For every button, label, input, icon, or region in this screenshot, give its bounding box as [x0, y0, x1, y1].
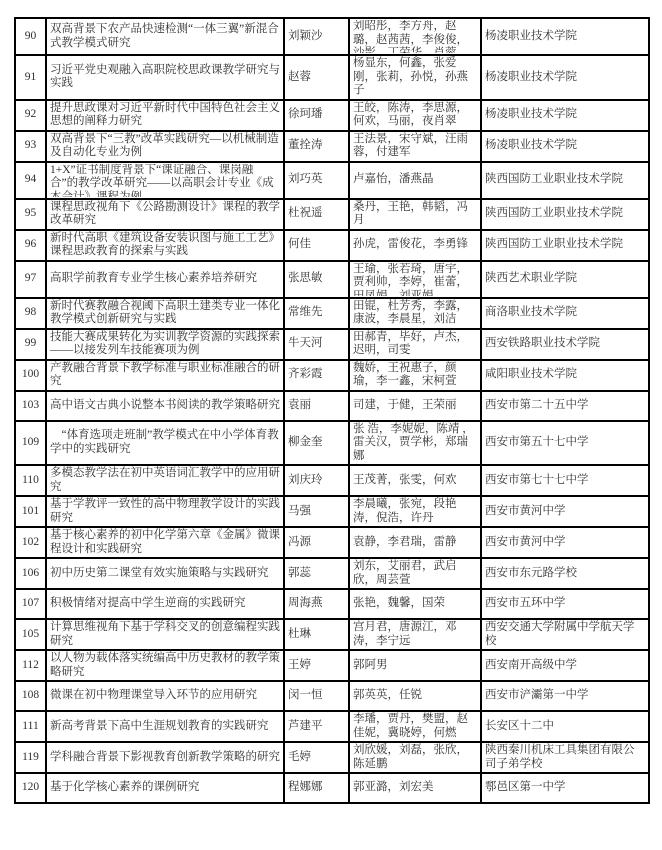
project-members-text: 宫月君，唐源江，邓涛，李宁远	[353, 621, 477, 648]
project-title-text: 基于学教评一致性的高中物理教学设计的实践研究	[50, 498, 280, 525]
cell-project-leader: 程娜娜	[284, 773, 349, 803]
cell-project-leader: 常维先	[284, 298, 349, 329]
cell-institution: 西安市第七十七中学	[481, 465, 649, 496]
project-members-text: 刘欣媛，刘磊，张欣，陈延鹏	[353, 744, 477, 771]
cell-project-title: 微课在初中物理课堂导入环节的应用研究	[46, 681, 284, 711]
table-row: 98 新时代赛教融合视阈下高职土建类专业一体化教学模式创新研究与实践 常维先 田…	[15, 298, 649, 329]
table-row: 94 1+X”证书制度背景下“课证融合、课岗融合”的教学改革研究——以高职会计专…	[15, 162, 649, 199]
project-title-text: 双高背景下“三教”改革实践研究—以机械制造及自动化专业为例	[50, 133, 280, 160]
cell-project-members: 刘东，艾丽君，武启欣，周芸萱	[349, 558, 481, 589]
cell-project-members: 田郝青，毕好，卢杰，迟明，司雯	[349, 329, 481, 360]
cell-project-leader: 芦建平	[284, 711, 349, 742]
cell-institution: 陕西国防工业职业技术学院	[481, 162, 649, 199]
cell-project-leader: 徐珂璠	[284, 100, 349, 131]
cell-project-number: 110	[15, 465, 46, 496]
project-members-text: 李晨曦，张宛，段艳涛，倪浩，许丹	[353, 498, 477, 525]
project-members-text: 刘东，艾丽君，武启欣，周芸萱	[353, 560, 477, 587]
cell-institution: 西安市东元路学校	[481, 558, 649, 589]
table-row: 110 多模态教学法在初中英语词汇教学中的应用研究 刘庆玲 王茂菁，张雯，何欢 …	[15, 465, 649, 496]
cell-project-number: 101	[15, 496, 46, 527]
cell-project-leader: 张思敏	[284, 261, 349, 298]
cell-project-title: 提升思政课对习近平新时代中国特色社会主义思想的阐释力研究	[46, 100, 284, 131]
cell-project-members: 李璠，贾丹，樊盟，赵佳妮，冀晓婷，何燃	[349, 711, 481, 742]
cell-project-members: 刘昭彤，李方舟，赵璐，赵茜茜，李俊俊，沙影，丁荣华，肖蓉	[349, 18, 481, 55]
cell-project-title: 学科融合背景下影视教育创新教学策略的研究	[46, 742, 284, 773]
cell-project-leader: 杜琳	[284, 619, 349, 650]
cell-project-title: 技能大赛成果转化为实训教学资源的实践探索——以接发列车技能赛项为例	[46, 329, 284, 360]
cell-institution: 杨凌职业技术学院	[481, 100, 649, 131]
cell-project-number: 99	[15, 329, 46, 360]
document-page: 90 双高背景下农产品快速检测“一体三翼”新混合式教学模式研究 刘颖沙 刘昭彤，…	[14, 17, 648, 804]
cell-project-leader: 董拴涛	[284, 131, 349, 162]
project-title-text: “体育选项走班制”教学模式在中小学体育教学中的实践研究	[50, 429, 280, 456]
project-title-text: 习近平党史观融入高职院校思政课教学研究与实践	[50, 64, 280, 91]
table-row: 120 基于化学核心素养的课例研究 程娜娜 郭亚潞，刘宏美 鄠邑区第一中学	[15, 773, 649, 803]
cell-project-number: 95	[15, 199, 46, 230]
cell-institution: 西安市黄河中学	[481, 527, 649, 558]
cell-project-title: 课程思政视角下《公路勘测设计》课程的教学改革研究	[46, 199, 284, 230]
project-title-text: 1+X”证书制度背景下“课证融合、课岗融合”的教学改革研究——以高职会计专业《成…	[50, 164, 280, 197]
cell-project-leader: 齐彩霞	[284, 360, 349, 391]
table-row: 112 以人物为载体落实统编高中历史教材的教学策略研究 王婷 郭阿男 西安南开高…	[15, 650, 649, 681]
cell-institution: 杨凌职业技术学院	[481, 131, 649, 162]
cell-project-members: 郭英英，任锐	[349, 681, 481, 711]
project-title-text: 新时代赛教融合视阈下高职土建类专业一体化教学模式创新研究与实践	[50, 300, 280, 327]
cell-institution: 西安市浐灞第一中学	[481, 681, 649, 711]
cell-project-leader: 柳金奎	[284, 421, 349, 466]
project-title-text: 初中历史第二课堂有效实施策略与实践研究	[50, 567, 280, 581]
cell-project-number: 112	[15, 650, 46, 681]
cell-project-number: 92	[15, 100, 46, 131]
project-members-text: 司建，于健，王荣丽	[353, 399, 477, 413]
cell-institution: 西安市第二十五中学	[481, 391, 649, 421]
project-title-text: 基于核心素养的初中化学第六章《金属》微课程设计和实践研究	[50, 529, 280, 556]
project-members-text: 田锟，杜芳秀，李露，康波，李晨星，刘洁	[353, 300, 477, 327]
cell-project-title: “体育选项走班制”教学模式在中小学体育教学中的实践研究	[46, 421, 284, 466]
project-title-text: 双高背景下农产品快速检测“一体三翼”新混合式教学模式研究	[50, 23, 280, 50]
project-members-text: 张 浩，李妮妮，陈靖 ，雷关汉，贾学彬，郑瑞娜	[353, 423, 477, 464]
cell-project-title: 高职学前教育专业学生核心素养培养研究	[46, 261, 284, 298]
cell-project-title: 双高背景下“三教”改革实践研究—以机械制造及自动化专业为例	[46, 131, 284, 162]
cell-project-title: 1+X”证书制度背景下“课证融合、课岗融合”的教学改革研究——以高职会计专业《成…	[46, 162, 284, 199]
table-row: 102 基于核心素养的初中化学第六章《金属》微课程设计和实践研究 冯源 袁静，李…	[15, 527, 649, 558]
table-row: 95 课程思政视角下《公路勘测设计》课程的教学改革研究 杜祝遥 桑丹，王艳，韩韬…	[15, 199, 649, 230]
cell-project-leader: 冯源	[284, 527, 349, 558]
project-members-text: 杨显东，何鑫，张爱刚，张莉，孙悦，孙燕子	[353, 57, 477, 98]
cell-institution: 长安区十二中	[481, 711, 649, 742]
table-row: 100 产教融合背景下教学标准与职业标准融合的研究 齐彩霞 魏娇，王祝惠子，颜瑜…	[15, 360, 649, 391]
cell-institution: 杨凌职业技术学院	[481, 18, 649, 55]
cell-project-title: 基于化学核心素养的课例研究	[46, 773, 284, 803]
cell-project-number: 98	[15, 298, 46, 329]
cell-project-members: 杨显东，何鑫，张爱刚，张莉，孙悦，孙燕子	[349, 55, 481, 100]
cell-project-title: 初中历史第二课堂有效实施策略与实践研究	[46, 558, 284, 589]
cell-institution: 商洛职业技术学院	[481, 298, 649, 329]
cell-institution: 西安市第五十七中学	[481, 421, 649, 466]
cell-project-title: 新高考背景下高中生涯规划教育的实践研究	[46, 711, 284, 742]
project-members-text: 魏娇，王祝惠子，颜瑜，李一鑫，宋柯萱	[353, 362, 477, 389]
project-title-text: 新高考背景下高中生涯规划教育的实践研究	[50, 720, 280, 734]
cell-project-number: 100	[15, 360, 46, 391]
project-title-text: 课程思政视角下《公路勘测设计》课程的教学改革研究	[50, 201, 280, 228]
project-title-text: 多模态教学法在初中英语词汇教学中的应用研究	[50, 467, 280, 494]
cell-project-title: 基于核心素养的初中化学第六章《金属》微课程设计和实践研究	[46, 527, 284, 558]
cell-project-leader: 赵蓉	[284, 55, 349, 100]
table-row: 91 习近平党史观融入高职院校思政课教学研究与实践 赵蓉 杨显东，何鑫，张爱刚，…	[15, 55, 649, 100]
table-row: 99 技能大赛成果转化为实训教学资源的实践探索——以接发列车技能赛项为例 牛天河…	[15, 329, 649, 360]
cell-project-title: 习近平党史观融入高职院校思政课教学研究与实践	[46, 55, 284, 100]
cell-institution: 西安交通大学附属中学航天学校	[481, 619, 649, 650]
table-row: 90 双高背景下农产品快速检测“一体三翼”新混合式教学模式研究 刘颖沙 刘昭彤，…	[15, 18, 649, 55]
cell-project-number: 119	[15, 742, 46, 773]
cell-project-leader: 袁丽	[284, 391, 349, 421]
cell-project-number: 90	[15, 18, 46, 55]
cell-project-leader: 毛婷	[284, 742, 349, 773]
cell-project-members: 王瑜，张若琦，唐宇，贾利帅，李婷，崔蕾，田凤娟，刘亚娟	[349, 261, 481, 298]
cell-project-members: 桑丹，王艳，韩韬，冯月	[349, 199, 481, 230]
cell-project-leader: 郭蕊	[284, 558, 349, 589]
table-row: 107 积极情绪对提高中学生逆商的实践研究 周海燕 张艳，魏馨，国荣 西安市五环…	[15, 589, 649, 619]
project-list-table: 90 双高背景下农产品快速检测“一体三翼”新混合式教学模式研究 刘颖沙 刘昭彤，…	[14, 17, 650, 804]
project-members-text: 王法景，宋守斌，汪雨蓉，付建军	[353, 133, 477, 160]
project-title-text: 新时代高职《建筑设备安装识图与施工工艺》课程思政教育的探索与实践	[50, 232, 280, 259]
cell-institution: 西安铁路职业技术学院	[481, 329, 649, 360]
project-title-text: 高职学前教育专业学生核心素养培养研究	[50, 272, 280, 286]
cell-project-title: 高中语文古典小说整本书阅读的教学策略研究	[46, 391, 284, 421]
cell-project-number: 94	[15, 162, 46, 199]
cell-institution: 陕西艺术职业学院	[481, 261, 649, 298]
project-members-text: 桑丹，王艳，韩韬，冯月	[353, 201, 477, 228]
cell-project-members: 张 浩，李妮妮，陈靖 ，雷关汉，贾学彬，郑瑞娜	[349, 421, 481, 466]
project-title-text: 基于化学核心素养的课例研究	[50, 781, 280, 795]
cell-project-members: 张艳，魏馨，国荣	[349, 589, 481, 619]
cell-project-number: 105	[15, 619, 46, 650]
cell-institution: 西安市五环中学	[481, 589, 649, 619]
table-row: 105 计算思维视角下基于学科交叉的创意编程实践研究 杜琳 宫月君，唐源江，邓涛…	[15, 619, 649, 650]
cell-project-number: 107	[15, 589, 46, 619]
cell-project-number: 111	[15, 711, 46, 742]
cell-project-leader: 马强	[284, 496, 349, 527]
project-members-text: 刘昭彤，李方舟，赵璐，赵茜茜，李俊俊，沙影，丁荣华，肖蓉	[353, 20, 477, 53]
table-row: 101 基于学教评一致性的高中物理教学设计的实践研究 马强 李晨曦，张宛，段艳涛…	[15, 496, 649, 527]
cell-institution: 陕西国防工业职业技术学院	[481, 199, 649, 230]
cell-project-title: 产教融合背景下教学标准与职业标准融合的研究	[46, 360, 284, 391]
project-title-text: 提升思政课对习近平新时代中国特色社会主义思想的阐释力研究	[50, 102, 280, 129]
project-title-text: 产教融合背景下教学标准与职业标准融合的研究	[50, 362, 280, 389]
project-title-text: 学科融合背景下影视教育创新教学策略的研究	[50, 751, 280, 765]
cell-project-leader: 刘庆玲	[284, 465, 349, 496]
project-members-text: 王皎，陈涛，李思源，何欢，马丽，夜肖翠	[353, 102, 477, 129]
project-title-text: 技能大赛成果转化为实训教学资源的实践探索——以接发列车技能赛项为例	[50, 331, 280, 358]
cell-project-number: 103	[15, 391, 46, 421]
project-title-text: 微课在初中物理课堂导入环节的应用研究	[50, 689, 280, 703]
project-members-text: 郭阿男	[353, 659, 477, 673]
cell-project-leader: 周海燕	[284, 589, 349, 619]
cell-project-title: 基于学教评一致性的高中物理教学设计的实践研究	[46, 496, 284, 527]
cell-project-title: 新时代高职《建筑设备安装识图与施工工艺》课程思政教育的探索与实践	[46, 230, 284, 261]
cell-institution: 西安市黄河中学	[481, 496, 649, 527]
project-members-text: 张艳，魏馨，国荣	[353, 597, 477, 611]
cell-project-title: 双高背景下农产品快速检测“一体三翼”新混合式教学模式研究	[46, 18, 284, 55]
cell-project-title: 多模态教学法在初中英语词汇教学中的应用研究	[46, 465, 284, 496]
cell-project-members: 司建，于健，王荣丽	[349, 391, 481, 421]
cell-project-leader: 何佳	[284, 230, 349, 261]
cell-institution: 陕西秦川机床工具集团有限公司子弟学校	[481, 742, 649, 773]
cell-project-title: 计算思维视角下基于学科交叉的创意编程实践研究	[46, 619, 284, 650]
cell-project-number: 109	[15, 421, 46, 466]
cell-project-leader: 王婷	[284, 650, 349, 681]
cell-project-number: 91	[15, 55, 46, 100]
cell-project-title: 积极情绪对提高中学生逆商的实践研究	[46, 589, 284, 619]
project-members-text: 孙虎，雷俊花，李勇锋	[353, 238, 477, 252]
cell-project-title: 新时代赛教融合视阈下高职土建类专业一体化教学模式创新研究与实践	[46, 298, 284, 329]
cell-institution: 陕西国防工业职业技术学院	[481, 230, 649, 261]
project-title-text: 高中语文古典小说整本书阅读的教学策略研究	[50, 399, 280, 413]
cell-project-members: 袁静，李君瑞，雷静	[349, 527, 481, 558]
cell-project-members: 王茂菁，张雯，何欢	[349, 465, 481, 496]
project-members-text: 王茂菁，张雯，何欢	[353, 474, 477, 488]
cell-project-members: 孙虎，雷俊花，李勇锋	[349, 230, 481, 261]
project-members-text: 李璠，贾丹，樊盟，赵佳妮，冀晓婷，何燃	[353, 713, 477, 740]
cell-project-number: 97	[15, 261, 46, 298]
cell-project-members: 宫月君，唐源江，邓涛，李宁远	[349, 619, 481, 650]
cell-project-leader: 闵一恒	[284, 681, 349, 711]
cell-project-leader: 刘颖沙	[284, 18, 349, 55]
project-members-text: 袁静，李君瑞，雷静	[353, 536, 477, 550]
cell-project-leader: 牛天河	[284, 329, 349, 360]
project-title-text: 计算思维视角下基于学科交叉的创意编程实践研究	[50, 621, 280, 648]
table-row: 108 微课在初中物理课堂导入环节的应用研究 闵一恒 郭英英，任锐 西安市浐灞第…	[15, 681, 649, 711]
cell-project-members: 魏娇，王祝惠子，颜瑜，李一鑫，宋柯萱	[349, 360, 481, 391]
cell-institution: 鄠邑区第一中学	[481, 773, 649, 803]
cell-project-members: 刘欣媛，刘磊，张欣，陈延鹏	[349, 742, 481, 773]
cell-institution: 杨凌职业技术学院	[481, 55, 649, 100]
table-row: 93 双高背景下“三教”改革实践研究—以机械制造及自动化专业为例 董拴涛 王法景…	[15, 131, 649, 162]
table-row: 103 高中语文古典小说整本书阅读的教学策略研究 袁丽 司建，于健，王荣丽 西安…	[15, 391, 649, 421]
table-row: 92 提升思政课对习近平新时代中国特色社会主义思想的阐释力研究 徐珂璠 王皎，陈…	[15, 100, 649, 131]
cell-project-number: 108	[15, 681, 46, 711]
table-row: 97 高职学前教育专业学生核心素养培养研究 张思敏 王瑜，张若琦，唐宇，贾利帅，…	[15, 261, 649, 298]
cell-project-leader: 刘巧英	[284, 162, 349, 199]
cell-project-members: 王皎，陈涛，李思源，何欢，马丽，夜肖翠	[349, 100, 481, 131]
cell-project-number: 120	[15, 773, 46, 803]
cell-project-number: 102	[15, 527, 46, 558]
cell-institution: 咸阳职业技术学院	[481, 360, 649, 391]
cell-project-number: 93	[15, 131, 46, 162]
cell-project-members: 李晨曦，张宛，段艳涛，倪浩，许丹	[349, 496, 481, 527]
cell-project-leader: 杜祝遥	[284, 199, 349, 230]
table-row: 96 新时代高职《建筑设备安装识图与施工工艺》课程思政教育的探索与实践 何佳 孙…	[15, 230, 649, 261]
project-title-text: 以人物为载体落实统编高中历史教材的教学策略研究	[50, 652, 280, 679]
project-members-text: 田郝青，毕好，卢杰，迟明，司雯	[353, 331, 477, 358]
cell-project-title: 以人物为载体落实统编高中历史教材的教学策略研究	[46, 650, 284, 681]
table-row: 106 初中历史第二课堂有效实施策略与实践研究 郭蕊 刘东，艾丽君，武启欣，周芸…	[15, 558, 649, 589]
cell-project-members: 田锟，杜芳秀，李露，康波，李晨星，刘洁	[349, 298, 481, 329]
cell-project-members: 郭阿男	[349, 650, 481, 681]
project-members-text: 郭亚潞，刘宏美	[353, 781, 477, 795]
project-members-text: 郭英英，任锐	[353, 689, 477, 703]
cell-institution: 西安南开高级中学	[481, 650, 649, 681]
cell-project-members: 王法景，宋守斌，汪雨蓉，付建军	[349, 131, 481, 162]
cell-project-number: 96	[15, 230, 46, 261]
table-row: 109 “体育选项走班制”教学模式在中小学体育教学中的实践研究 柳金奎 张 浩，…	[15, 421, 649, 466]
project-members-text: 卢嘉怡，潘燕晶	[353, 173, 477, 187]
cell-project-members: 郭亚潞，刘宏美	[349, 773, 481, 803]
project-members-text: 王瑜，张若琦，唐宇，贾利帅，李婷，崔蕾，田凤娟，刘亚娟	[353, 263, 477, 296]
project-title-text: 积极情绪对提高中学生逆商的实践研究	[50, 597, 280, 611]
cell-project-members: 卢嘉怡，潘燕晶	[349, 162, 481, 199]
cell-project-number: 106	[15, 558, 46, 589]
table-row: 119 学科融合背景下影视教育创新教学策略的研究 毛婷 刘欣媛，刘磊，张欣，陈延…	[15, 742, 649, 773]
table-row: 111 新高考背景下高中生涯规划教育的实践研究 芦建平 李璠，贾丹，樊盟，赵佳妮…	[15, 711, 649, 742]
